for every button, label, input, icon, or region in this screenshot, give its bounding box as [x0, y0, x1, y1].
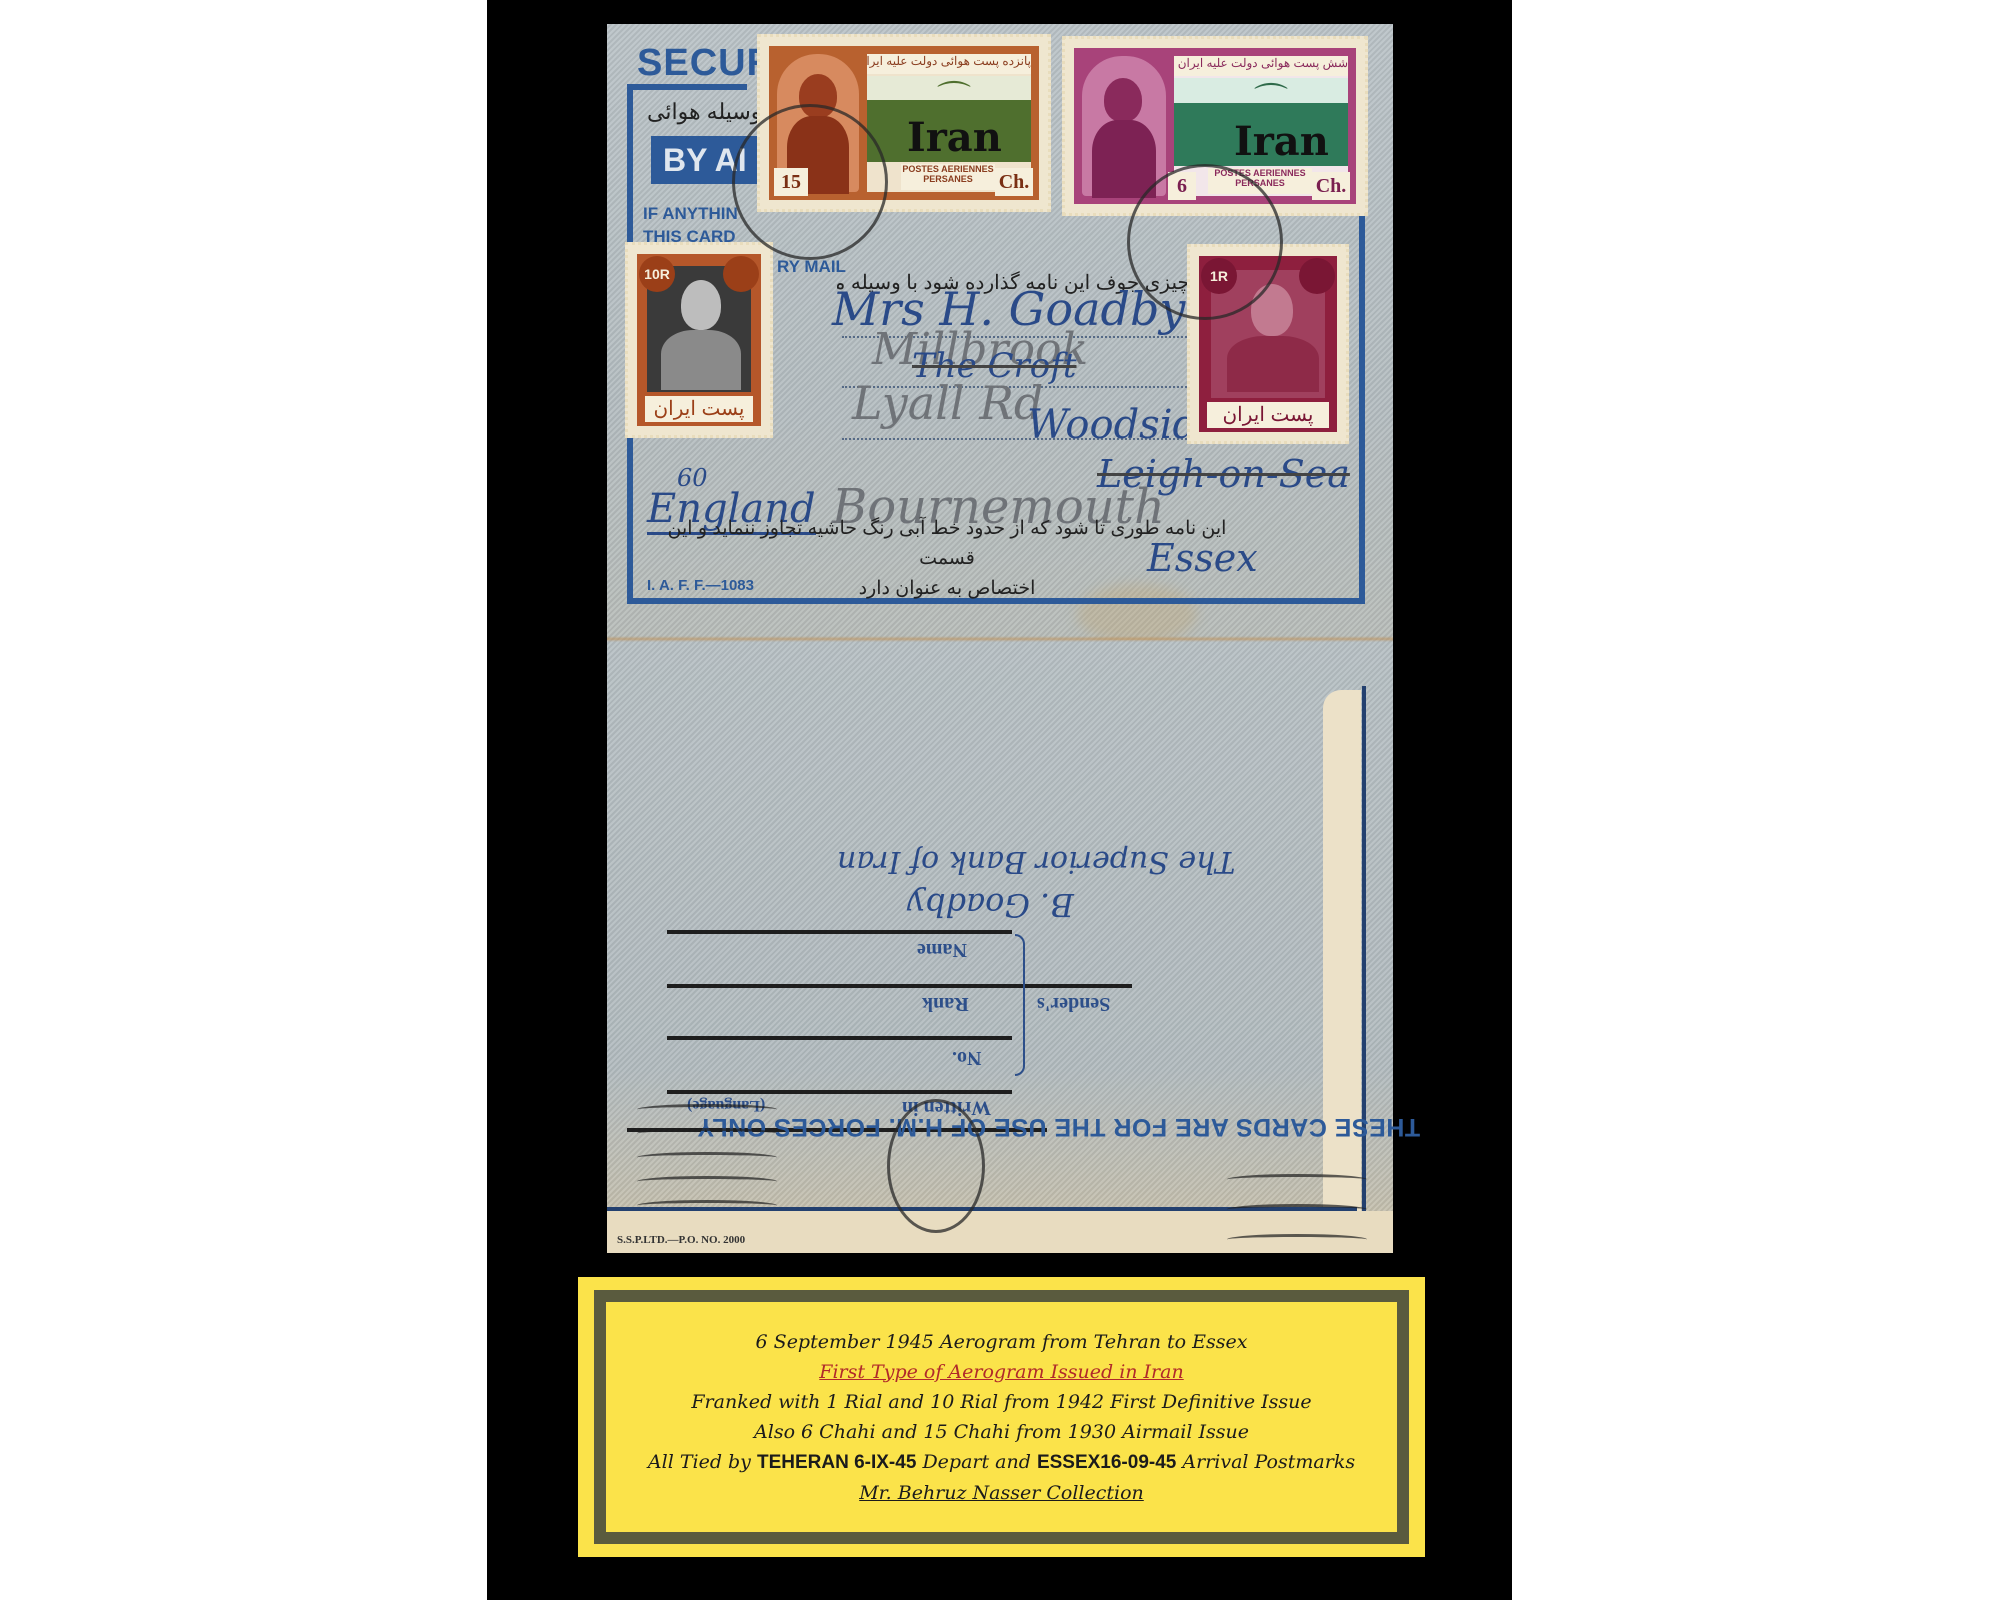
address-line-pencil: Lyall Rd	[852, 376, 1043, 430]
teheran-postmark	[732, 104, 888, 260]
stamp-corner-ornament	[1299, 258, 1335, 294]
stamp-10-rial-definitive: 10R پست ایران	[625, 242, 773, 438]
forces-notice: THESE CARDS ARE FOR THE USE OF H.M. FORC…	[697, 1112, 1420, 1141]
stamp-corner-ornament	[723, 256, 759, 292]
sender-handwriting: B. Goadby	[907, 886, 1074, 924]
printer-imprint: S.S.P.LTD.—P.O. NO. 2000	[617, 1234, 745, 1246]
header-text: SECUR	[637, 42, 775, 85]
caption-title: 6 September 1945 Aerogram from Tehran to…	[756, 1327, 1248, 1357]
sender-brace	[1015, 934, 1025, 1076]
field-label-rank: Rank	[922, 992, 969, 1015]
form-rule	[667, 930, 1012, 934]
stamp-unit: Ch.	[995, 168, 1033, 196]
farsi-instruction-line: این نامه طوری تا شود که از حدود خط آبی ر…	[647, 514, 1247, 574]
machine-cancel-wave	[1227, 1204, 1367, 1215]
eagle-icon: ⌒	[1254, 84, 1288, 118]
form-rule	[667, 1090, 1012, 1094]
caption-collection: Mr. Behruz Nasser Collection	[859, 1478, 1144, 1508]
machine-cancel-wave	[1227, 1174, 1367, 1185]
aerogram-card: SECUR وسیله هوائی BY AI IF ANYTHIN THIS …	[607, 24, 1393, 1253]
caption-box: 6 September 1945 Aerogram from Tehran to…	[578, 1277, 1425, 1557]
machine-cancel-wave	[637, 1128, 777, 1139]
stamp-value: 10R	[639, 256, 675, 292]
teheran-postmark	[1127, 164, 1283, 320]
stamp-country-label: پست ایران	[1207, 402, 1329, 428]
arrival-postmark-text: ESSEX16-09-45	[1037, 1452, 1176, 1473]
stamp-unit: Ch.	[1312, 172, 1350, 200]
southend-postmark	[887, 1099, 985, 1233]
caption-subtitle: First Type of Aerogram Issued in Iran	[819, 1357, 1183, 1387]
fold-crease	[607, 636, 1393, 642]
iran-overprint: Iran	[1234, 118, 1329, 165]
form-code: I. A. F. F.—1083	[647, 577, 754, 594]
machine-cancel-wave	[637, 1176, 777, 1187]
form-rule	[667, 1036, 1012, 1040]
notice-line: IF ANYTHIN	[643, 202, 738, 225]
form-rule	[667, 984, 1132, 988]
iran-overprint: Iran	[907, 114, 1002, 161]
machine-cancel-wave	[637, 1200, 777, 1211]
caption-border: 6 September 1945 Aerogram from Tehran to…	[594, 1290, 1409, 1544]
shah-portrait	[1082, 56, 1166, 196]
machine-cancel-wave	[637, 1152, 777, 1163]
stamp-country-label: پست ایران	[645, 396, 753, 422]
field-label-number: No.	[952, 1046, 981, 1069]
caption-postmarks: All Tied by TEHERAN 6-IX-45 Depart and E…	[648, 1447, 1355, 1478]
farsi-air-label: وسیله هوائی	[647, 99, 761, 125]
machine-cancel-wave	[1227, 1234, 1367, 1245]
field-label-name: Name	[917, 938, 967, 961]
caption-airmail-issue: Also 6 Chahi and 15 Chahi from 1930 Airm…	[754, 1417, 1249, 1447]
eagle-icon: ⌒	[937, 82, 971, 116]
caption-franking: Franked with 1 Rial and 10 Rial from 194…	[691, 1387, 1311, 1417]
sender-handwriting: The Superior Bank of Iran	[837, 844, 1235, 879]
sender-label: Sender's	[1037, 992, 1110, 1015]
depart-postmark-text: TEHERAN 6-IX-45	[757, 1452, 916, 1473]
machine-cancel-wave	[637, 1104, 777, 1115]
airy-mail-text: RY MAIL	[777, 257, 846, 277]
side-flap	[1323, 690, 1361, 1250]
bottom-strip	[607, 1211, 1393, 1253]
back-frame-right	[1362, 686, 1366, 1231]
